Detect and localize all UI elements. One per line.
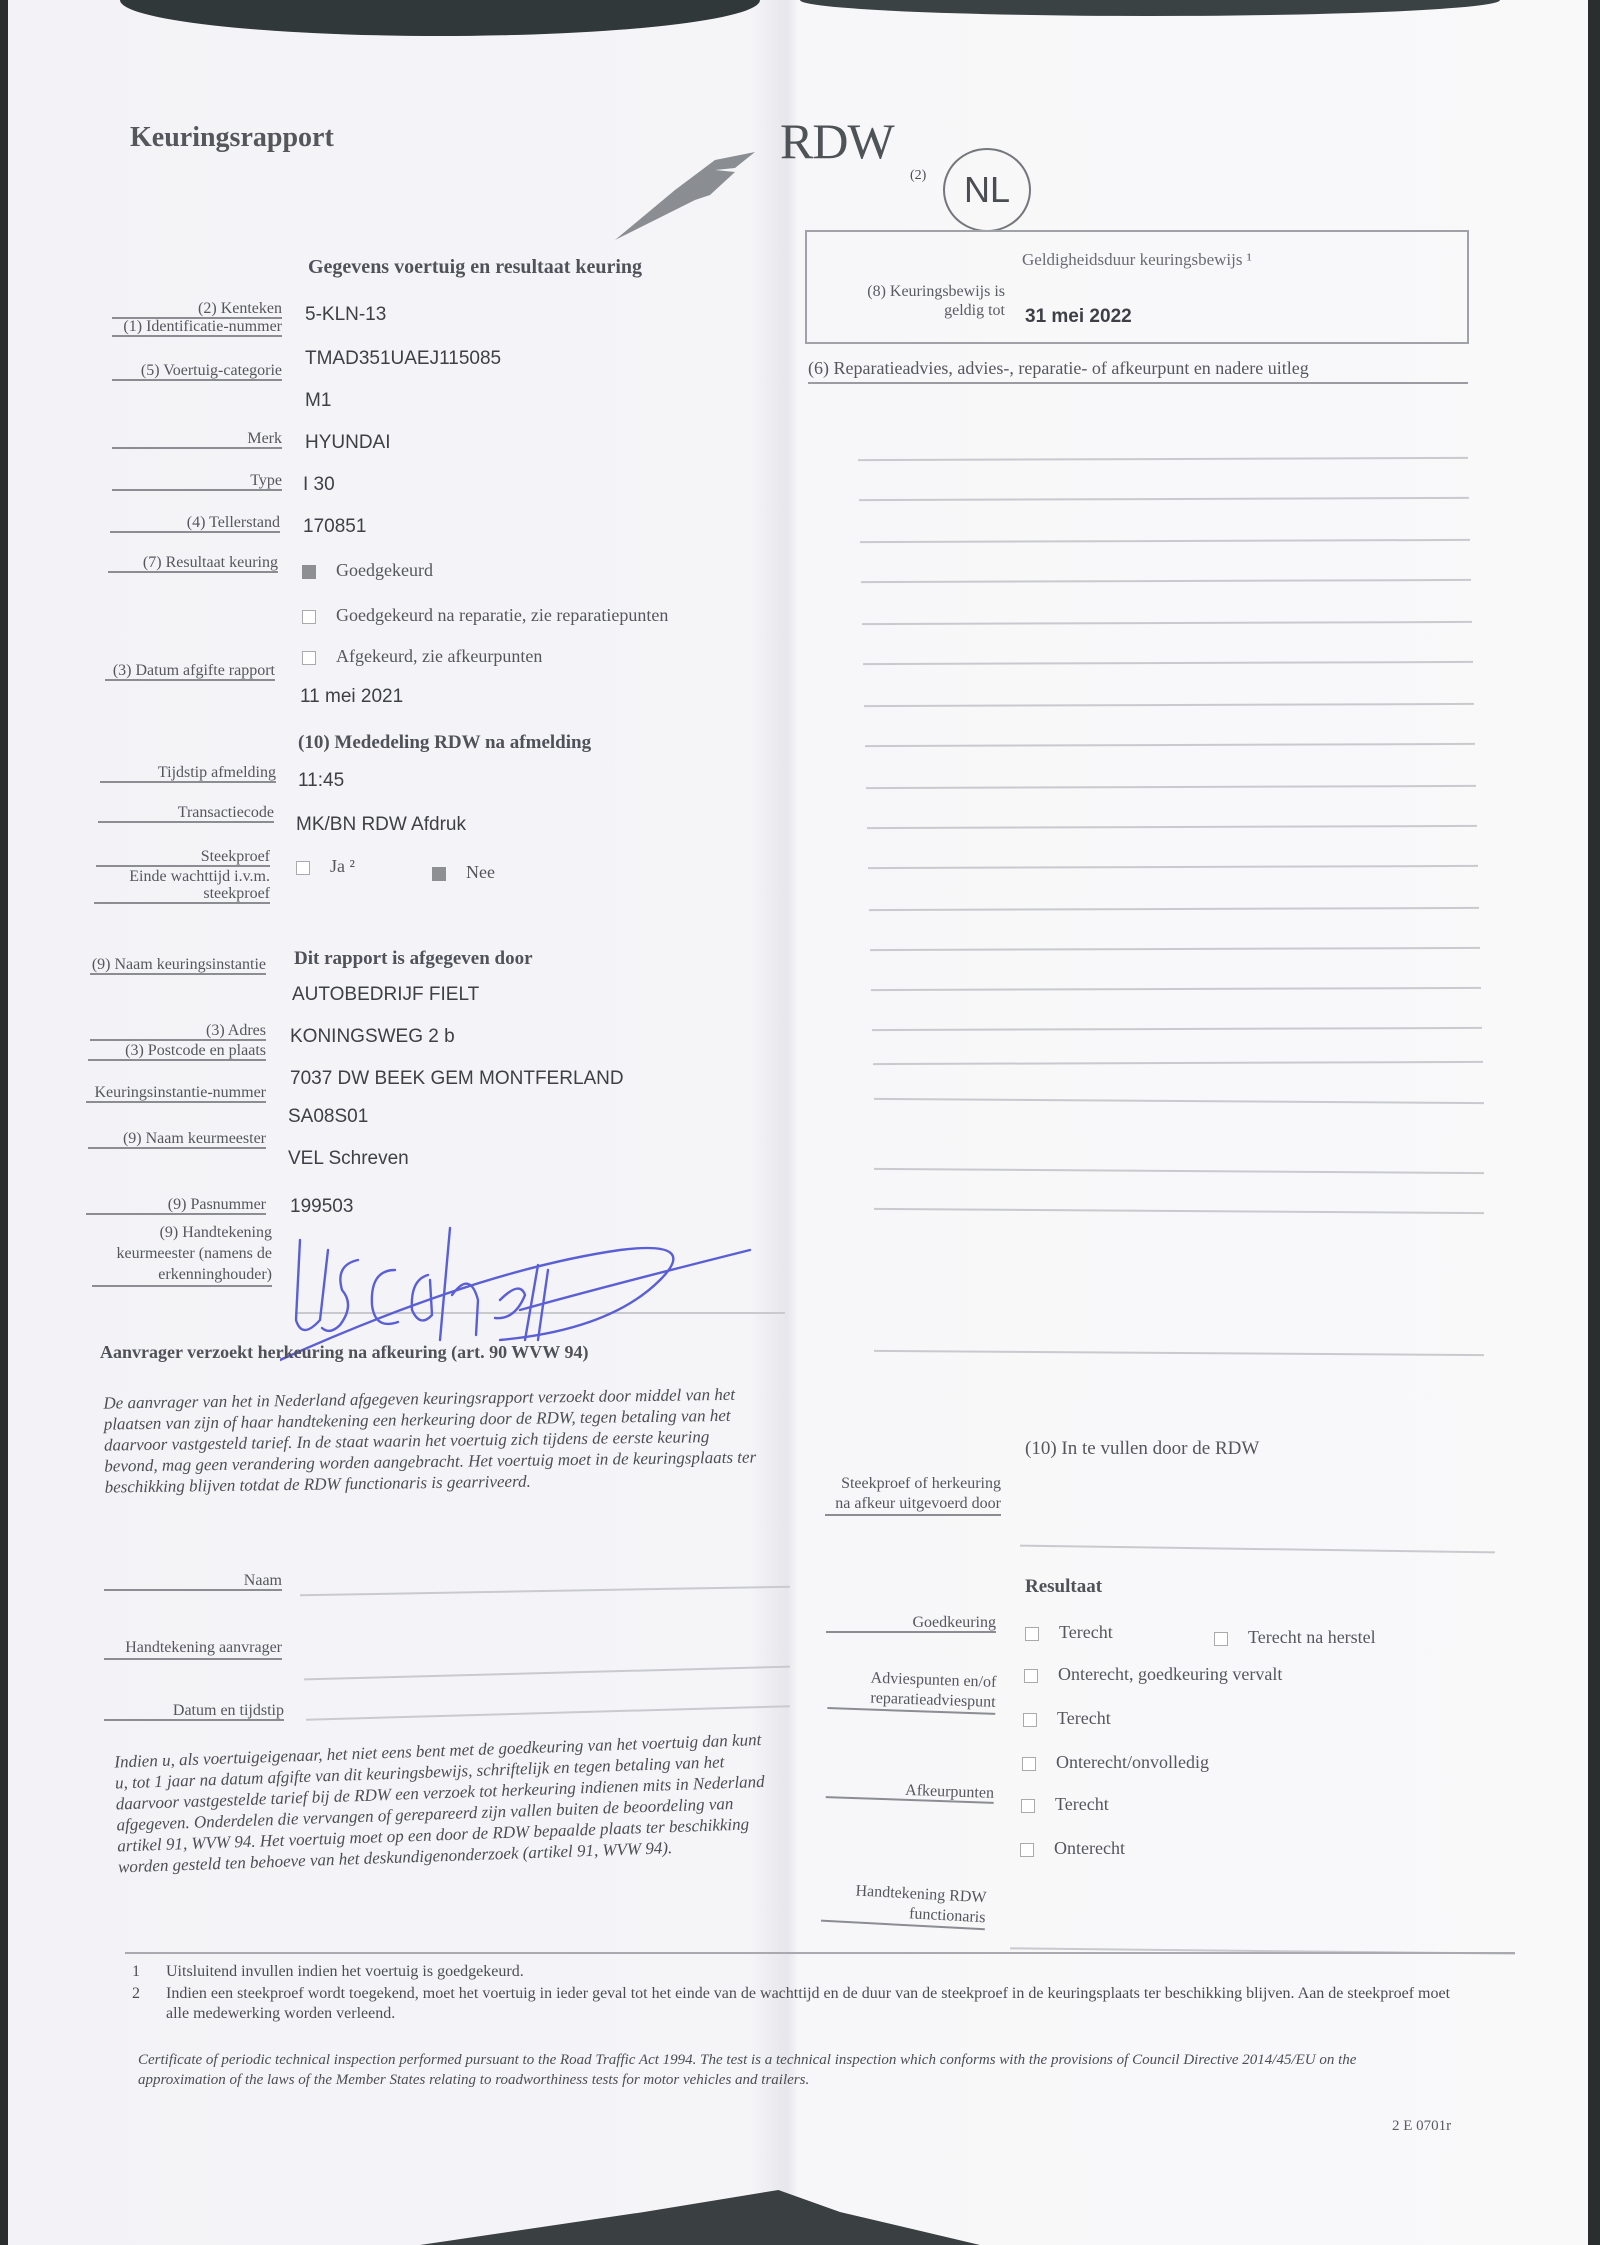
option-label: Terecht na herstel (1248, 1627, 1376, 1647)
afkeur-terecht[interactable]: Terecht (1021, 1794, 1109, 1815)
certificate-text: Certificate of periodic technical inspec… (138, 2050, 1388, 2090)
goedkeuring-terecht[interactable]: Terecht (1025, 1622, 1113, 1643)
section-vehicle-heading: Gegevens voertuig en resultaat keuring (308, 256, 642, 279)
value-postcode-plaats: 7037 DW BEEK GEM MONTFERLAND (290, 1068, 624, 1090)
label-naam-keuringsinstantie: (9) Naam keuringsinstantie (90, 956, 266, 975)
label-goedkeuring: Goedkeuring (826, 1614, 996, 1633)
steekproef-option-ja: Ja ² (296, 856, 355, 877)
checkbox-goedkeuring-terecht-na-herstel[interactable] (1214, 1632, 1228, 1646)
option-label: Onterecht/onvolledig (1056, 1752, 1209, 1772)
option-label: Onterecht, goedkeuring vervalt (1058, 1664, 1282, 1684)
label-adres: (3) Adres (90, 1022, 266, 1041)
label-adviespunten: Adviespunten en/of reparatieadviespunt (827, 1667, 996, 1715)
report-title: Keuringsrapport (130, 122, 334, 154)
label-uitgevoerd-door: Steekproef of herkeuring na afkeur uitge… (825, 1474, 1001, 1516)
label-pasnummer: (9) Pasnummer (86, 1196, 266, 1215)
validity-date: 31 mei 2022 (1025, 306, 1132, 328)
option-label: Terecht (1055, 1794, 1109, 1814)
option-label: Onterecht (1054, 1838, 1125, 1858)
rdw-wordmark: RDW (780, 112, 894, 170)
afkeur-onterecht[interactable]: Onterecht (1020, 1838, 1125, 1859)
value-naam-keuringsinstantie: AUTOBEDRIJF FIELT (292, 984, 479, 1006)
advies-terecht[interactable]: Terecht (1023, 1708, 1111, 1729)
reinspection-text: De aanvrager van het in Nederland afgege… (103, 1383, 764, 1497)
value-kenteken: 5-KLN-13 (305, 304, 386, 326)
validity-label: (8) Keuringsbewijs is geldig tot (840, 282, 1005, 320)
checkbox-goedkeuring-onterecht[interactable] (1024, 1669, 1038, 1683)
value-keuringsinstantie-nummer: SA08S01 (288, 1106, 368, 1128)
label-datum-tijdstip: Datum en tijdstip (104, 1702, 284, 1721)
result-option-goedgekeurd: Goedgekeurd (302, 560, 433, 581)
option-label: Terecht (1059, 1622, 1113, 1642)
footnote-text: Indien een steekproef wordt toegekend, m… (166, 1985, 1450, 2022)
rdw-logo-icon (615, 150, 755, 240)
checkbox-ja (296, 861, 310, 875)
label-voertuigcategorie: (5) Voertuig-categorie (112, 362, 282, 381)
label-keuringsinstantie-nummer: Keuringsinstantie-nummer (86, 1084, 266, 1103)
value-datum-afgifte: 11 mei 2021 (300, 686, 403, 708)
value-tellerstand: 170851 (303, 516, 366, 538)
label-transactiecode: Transactiecode (98, 804, 274, 823)
checkbox-advies-terecht[interactable] (1023, 1713, 1037, 1727)
value-transactiecode: MK/BN RDW Afdruk (296, 814, 466, 836)
label-tellerstand: (4) Tellerstand (110, 514, 280, 533)
result-option-na-reparatie: Goedgekeurd na reparatie, zie reparatiep… (302, 605, 668, 626)
label-datum-afgifte: (3) Datum afgifte rapport (105, 662, 275, 681)
checkbox-afgekeurd (302, 651, 316, 665)
result-option-label: Goedgekeurd (336, 560, 433, 580)
country-code-badge: NL (943, 148, 1031, 232)
label-resultaat-keuring: (7) Resultaat keuring (108, 554, 278, 573)
footer-divider (125, 1952, 1515, 1954)
checkbox-na-reparatie (302, 610, 316, 624)
label-kenteken: (2) Kenteken (112, 300, 282, 319)
repair-advice-heading: (6) Reparatieadvies, advies-, reparatie-… (808, 358, 1468, 384)
checkbox-advies-onterecht[interactable] (1022, 1757, 1036, 1771)
checkbox-afkeur-onterecht[interactable] (1020, 1843, 1034, 1857)
value-naam-keurmeester: VEL Schreven (288, 1148, 409, 1170)
steekproef-option-label: Ja ² (330, 856, 355, 876)
result-option-label: Afgekeurd, zie afkeurpunten (336, 646, 542, 666)
label-type: Type (112, 472, 282, 491)
checkbox-afkeur-terecht[interactable] (1021, 1799, 1035, 1813)
value-type: I 30 (303, 474, 335, 496)
label-identificatienummer: (1) Identificatie-nummer (112, 318, 282, 337)
validity-heading: Geldigheidsduur keuringsbewijs ¹ (1022, 250, 1252, 270)
owner-reinspection-text: Indien u, als voertuigeigenaar, het niet… (114, 1729, 778, 1878)
steekproef-option-label: Nee (466, 862, 495, 882)
value-adres: KONINGSWEG 2 b (290, 1026, 455, 1048)
steekproef-option-nee: Nee (432, 862, 495, 883)
label-handtekening-keurmeester: (9) Handtekening keurmeester (namens de … (92, 1222, 272, 1287)
section-issuer-heading: Dit rapport is afgegeven door (294, 948, 533, 970)
label-tijdstip-afmelding: Tijdstip afmelding (100, 764, 276, 783)
label-naam-aanvrager: Naam (104, 1572, 282, 1591)
label-handtekening-aanvrager: Handtekening aanvrager (104, 1638, 282, 1660)
footnote-number: 1 (132, 1962, 166, 1982)
label-postcode-plaats: (3) Postcode en plaats (88, 1042, 266, 1061)
checkbox-nee (432, 867, 446, 881)
result-option-label: Goedgekeurd na reparatie, zie reparatiep… (336, 605, 668, 625)
value-tijdstip-afmelding: 11:45 (298, 770, 344, 792)
footnote-number: 2 (132, 1984, 166, 2004)
result-option-afgekeurd: Afgekeurd, zie afkeurpunten (302, 646, 542, 667)
form-code: 2 E 0701r (1392, 2118, 1451, 2135)
advies-onterecht[interactable]: Onterecht/onvolledig (1022, 1752, 1209, 1773)
checkbox-goedgekeurd (302, 565, 316, 579)
option-label: Terecht (1057, 1708, 1111, 1728)
goedkeuring-onterecht[interactable]: Onterecht, goedkeuring vervalt (1024, 1664, 1282, 1685)
rdw-fill-heading: (10) In te vullen door de RDW (1025, 1438, 1259, 1460)
footnote-1: 1Uitsluitend invullen indien het voertui… (132, 1962, 1462, 1982)
goedkeuring-terecht-na-herstel[interactable]: Terecht na herstel (1214, 1627, 1376, 1648)
label-einde-wachttijd: Einde wachttijd i.v.m. steekproef (94, 868, 270, 904)
value-identificatienummer: TMAD351UAEJ115085 (305, 348, 501, 370)
label-handtekening-rdw: Handtekening RDW functionaris (821, 1880, 987, 1931)
checkbox-goedkeuring-terecht[interactable] (1025, 1627, 1039, 1641)
value-merk: HYUNDAI (305, 432, 391, 454)
label-naam-keurmeester: (9) Naam keurmeester (88, 1130, 266, 1149)
rdw-result-heading: Resultaat (1025, 1576, 1102, 1598)
section-rdw-notice-heading: (10) Mededeling RDW na afmelding (298, 732, 591, 754)
value-voertuigcategorie: M1 (305, 390, 331, 412)
reinspection-heading: Aanvrager verzoekt herkeuring na afkeuri… (100, 1342, 588, 1363)
country-ref: (2) (910, 168, 926, 184)
label-steekproef: Steekproef (96, 848, 270, 867)
label-merk: Merk (112, 430, 282, 449)
footnote-2: 2Indien een steekproef wordt toegekend, … (132, 1984, 1462, 2024)
footnote-text: Uitsluitend invullen indien het voertuig… (166, 1963, 524, 1980)
